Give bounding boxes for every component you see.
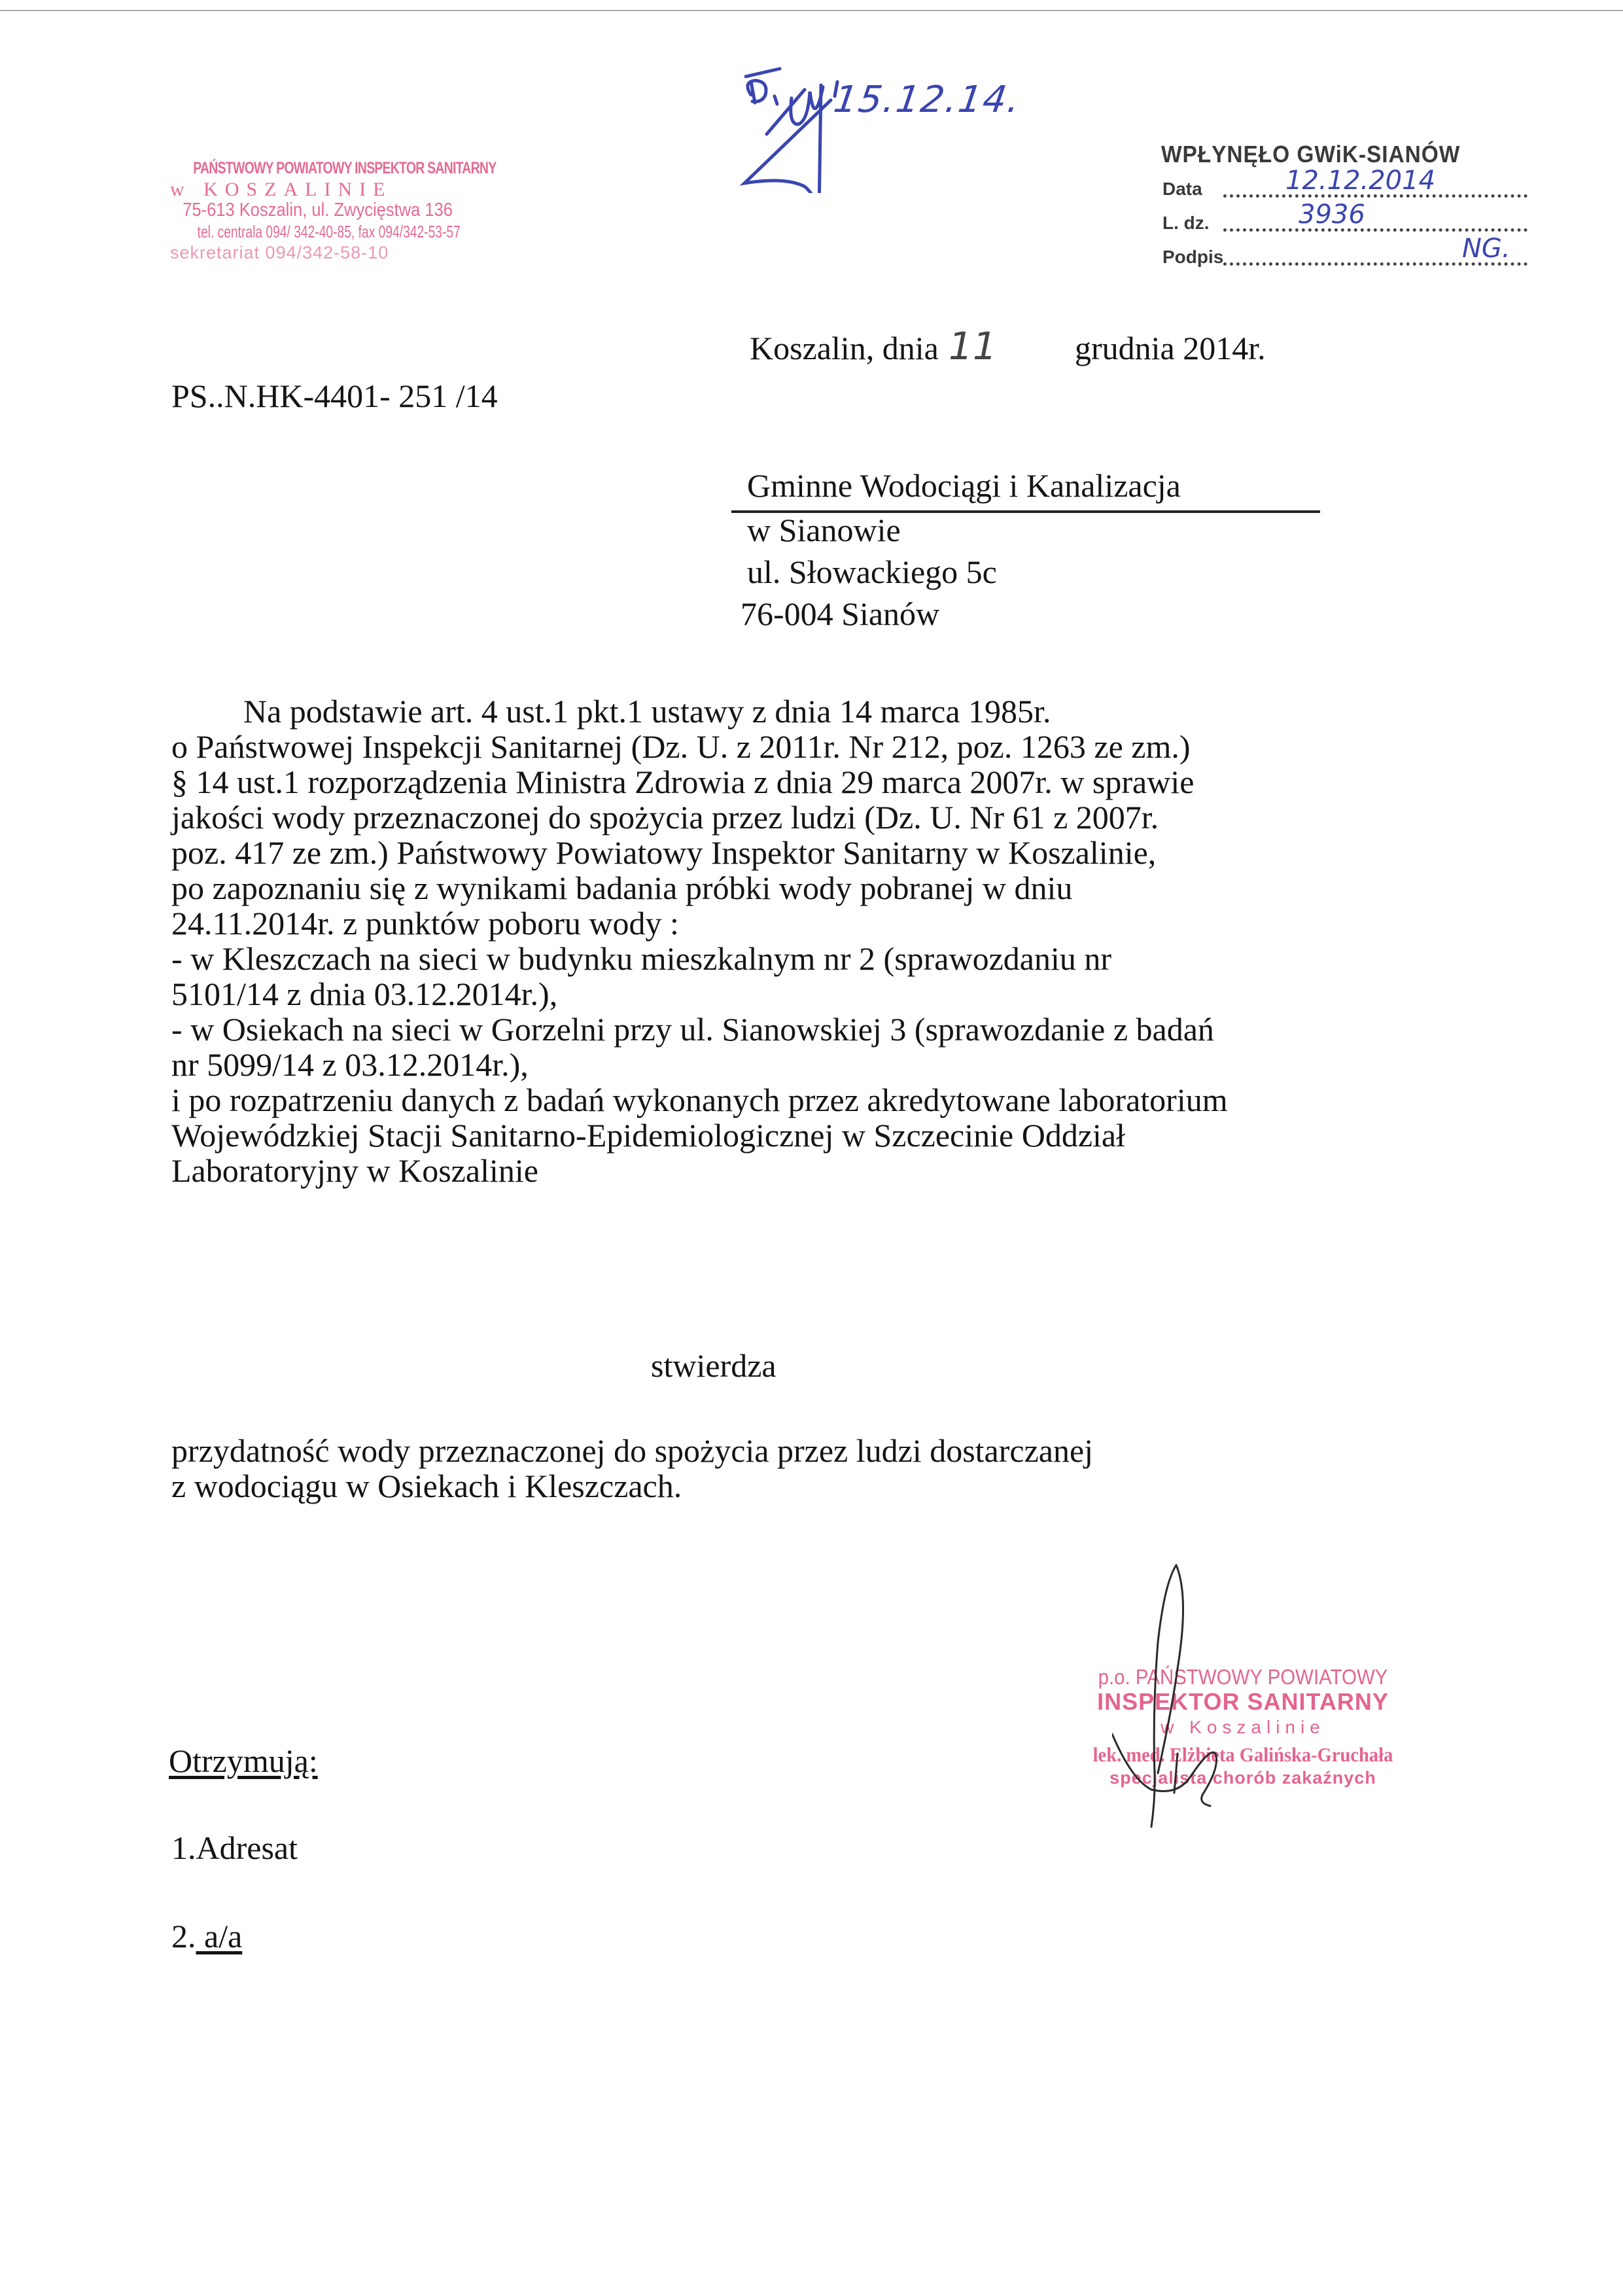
body-line: i po rozpatrzeniu danych z badań wykonan… — [171, 1082, 1480, 1118]
distribution-item: 1.Adresat — [171, 1829, 298, 1867]
stamp-line: w KOSZALINIE — [170, 180, 379, 201]
received-stamp: WPŁYNĘŁO GWiK-SIANÓW Data 12.12.2014 L. … — [1161, 141, 1527, 270]
recipient-line: ul. Słowackiego 5c — [747, 553, 1181, 591]
inspector-header-stamp: PAŃSTWOWY POWIATOWY INSPEKTOR SANITARNY … — [170, 160, 379, 264]
place-date-prefix: Koszalin, dnia — [750, 332, 939, 364]
conclusion-line: z wodociągu w Osiekach i Kleszczach. — [171, 1468, 1093, 1504]
body-line: § 14 ust.1 rozporządzenia Ministra Zdrow… — [171, 764, 1480, 800]
received-ref-label: L. dz. — [1162, 213, 1210, 234]
received-sign-value: NG. — [1462, 234, 1510, 264]
body-line: 24.11.2014r. z punktów poboru wody : — [171, 906, 1480, 941]
stamp-line: sekretariat 094/342-58-10 — [170, 244, 379, 264]
received-ref-value: 3936 — [1299, 200, 1365, 230]
distribution-item: 2. a/a — [171, 1917, 242, 1955]
body-line: - w Kleszczach na sieci w budynku mieszk… — [171, 941, 1480, 976]
conclusion-paragraph: przydatność wody przeznaczonej do spożyc… — [171, 1433, 1093, 1504]
body-line: 5101/14 z dnia 03.12.2014r.), — [171, 976, 1480, 1012]
recipient-line: w Sianowie — [747, 511, 1181, 549]
received-ref-row: L. dz. 3936 — [1161, 203, 1527, 236]
reference-number: PS..N.HK-4401- 251 /14 — [171, 380, 498, 412]
body-line: Laboratoryjny w Koszalinie — [171, 1153, 1480, 1188]
received-sign-label: Podpis — [1162, 247, 1223, 268]
body-line: nr 5099/14 z 03.12.2014r.), — [171, 1047, 1480, 1082]
recipient-line: Gminne Wodociągi i Kanalizacja — [747, 467, 1181, 504]
body-paragraph: Na podstawie art. 4 ust.1 pkt.1 ustawy z… — [171, 694, 1480, 1188]
stamp-line: 75-613 Koszalin, ul. Zwycięstwa 136 — [183, 201, 367, 223]
stamp-line: PAŃSTWOWY POWIATOWY INSPEKTOR SANITARNY — [193, 160, 357, 180]
body-line: Wojewódzkiej Stacji Sanitarno-Epidemiolo… — [171, 1118, 1480, 1153]
conclusion-line: przydatność wody przeznaczonej do spożyc… — [171, 1433, 1093, 1468]
received-stamp-title: WPŁYNĘŁO GWiK-SIANÓW — [1161, 141, 1502, 168]
body-line: o Państwowej Inspekcji Sanitarnej (Dz. U… — [171, 729, 1480, 764]
distribution-title: Otrzymują: — [169, 1742, 318, 1780]
body-line: jakości wody przeznaczonej do spożycia p… — [171, 800, 1480, 835]
handwritten-signature-icon — [1112, 1557, 1282, 1832]
recipient-address: Gminne Wodociągi i Kanalizacja w Sianowi… — [747, 467, 1181, 633]
recipient-line: 76-004 Sianów — [741, 595, 1181, 633]
distribution-item-label: a/a — [196, 1918, 243, 1954]
body-line: poz. 417 ze zm.) Państwowy Powiatowy Ins… — [171, 835, 1480, 870]
distribution-list: Otrzymują: 1.Adresat 2. a/a — [169, 1742, 318, 1780]
decision-word: stwierdza — [651, 1349, 777, 1382]
handwritten-day: 11 — [949, 324, 997, 368]
body-line: Na podstawie art. 4 ust.1 pkt.1 ustawy z… — [171, 694, 1480, 729]
handwritten-date: 15.12.14. — [831, 79, 1023, 121]
scan-edge-line — [0, 10, 1623, 11]
place-date-suffix: grudnia 2014r. — [1075, 332, 1266, 364]
received-date-row: Data 12.12.2014 — [1161, 169, 1527, 202]
received-date-value: 12.12.2014 — [1285, 166, 1435, 196]
body-line: po zapoznaniu się z wynikami badania pró… — [171, 870, 1480, 906]
recipient-underline — [731, 510, 1320, 513]
body-line: - w Osiekach na sieci w Gorzelni przy ul… — [171, 1012, 1480, 1047]
stamp-line: tel. centrala 094/ 342-40-85, fax 094/34… — [198, 223, 353, 244]
distribution-item-number: 2. — [171, 1918, 196, 1954]
received-date-label: Data — [1162, 179, 1202, 200]
dotted-line — [1223, 228, 1527, 232]
received-sign-row: Podpis NG. — [1161, 238, 1527, 270]
